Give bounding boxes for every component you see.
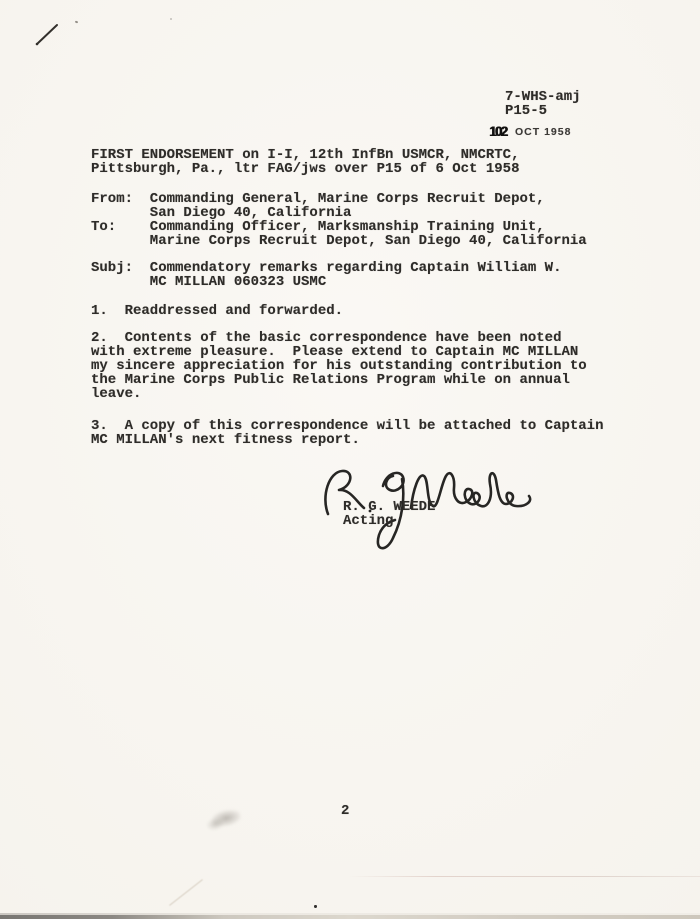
page-number: 2 <box>341 804 349 818</box>
endorsement-heading: FIRST ENDORSEMENT on I-I, 12th InfBn USM… <box>91 148 519 176</box>
ink-dot <box>314 905 317 908</box>
address-block: From: Commanding General, Marine Corps R… <box>91 192 587 248</box>
paragraph-1: 1. Readdressed and forwarded. <box>91 304 343 318</box>
to-line: To: Commanding Officer, Marksmanship Tra… <box>91 220 587 234</box>
signer-typed-name: R. G. WEEDE <box>343 500 435 514</box>
stamp-day-numerals: 102 <box>489 125 506 139</box>
scan-edge-strip <box>0 915 700 919</box>
reference-line: 7-WHS-amj <box>505 90 581 104</box>
paper-speck <box>75 21 79 24</box>
subject-line: MC MILLAN 060323 USMC <box>91 275 561 289</box>
doc-line: 1. Readdressed and forwarded. <box>91 304 343 318</box>
doc-line: leave. <box>91 387 587 401</box>
paper-speck <box>170 18 172 20</box>
subject-block: Subj: Commendatory remarks regarding Cap… <box>91 261 561 289</box>
from-line: San Diego 40, California <box>91 206 587 220</box>
doc-line: my sincere appreciation for his outstand… <box>91 359 587 373</box>
signer-typed-title: Acting <box>343 514 435 528</box>
signature-block: R. G. WEEDE Acting <box>343 500 435 528</box>
doc-line: the Marine Corps Public Relations Progra… <box>91 373 587 387</box>
doc-line: MC MILLAN's next fitness report. <box>91 433 603 447</box>
stamp-month-year: OCT 1958 <box>515 127 571 138</box>
subject-line: Subj: Commendatory remarks regarding Cap… <box>91 261 561 275</box>
paragraph-3: 3. A copy of this correspondence will be… <box>91 419 603 447</box>
signature-script-text: R. G. Weede <box>0 0 1 1</box>
paper-crease <box>348 876 700 877</box>
doc-line: 3. A copy of this correspondence will be… <box>91 419 603 433</box>
from-line: From: Commanding General, Marine Corps R… <box>91 192 587 206</box>
reference-block: 7-WHS-amj P15-5 <box>505 90 581 118</box>
paragraph-2: 2. Contents of the basic correspondence … <box>91 331 587 401</box>
doc-line: with extreme pleasure. Please extend to … <box>91 345 587 359</box>
doc-line: Pittsburgh, Pa., ltr FAG/jws over P15 of… <box>91 162 519 176</box>
pencil-smudge <box>202 807 243 833</box>
pen-check-mark <box>30 18 66 50</box>
paper-crease <box>169 879 203 906</box>
doc-line: 2. Contents of the basic correspondence … <box>91 331 587 345</box>
doc-line: FIRST ENDORSEMENT on I-I, 12th InfBn USM… <box>91 148 519 162</box>
reference-line: P15-5 <box>505 104 581 118</box>
to-line: Marine Corps Recruit Depot, San Diego 40… <box>91 234 587 248</box>
scanned-letter-page: 7-WHS-amj P15-5 102 OCT 1958 FIRST ENDOR… <box>0 0 700 919</box>
